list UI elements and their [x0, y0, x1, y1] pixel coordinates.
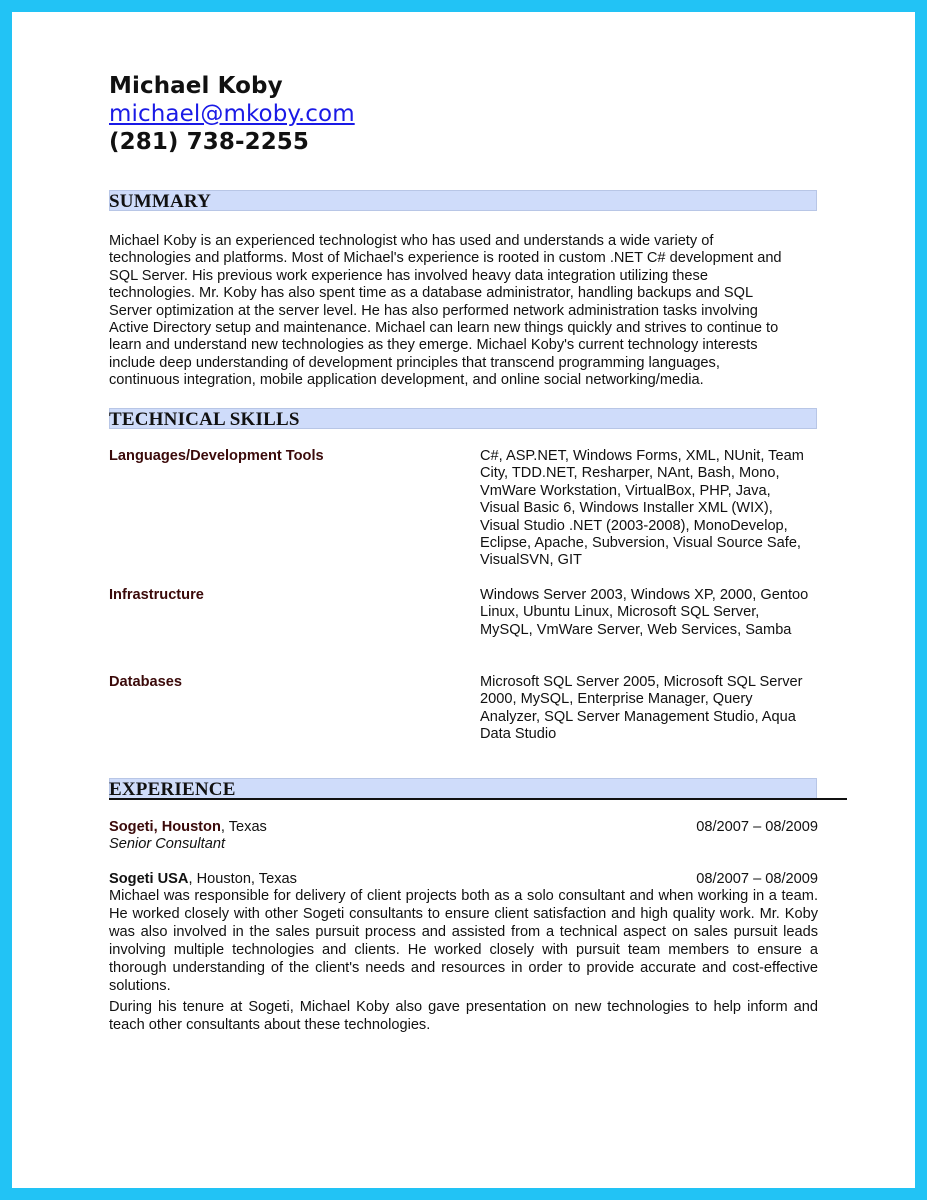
candidate-name: Michael Koby — [109, 72, 355, 100]
technical-skills-heading: TECHNICAL SKILLS — [109, 409, 300, 430]
summary-text: Michael Koby is an experienced technolog… — [109, 233, 829, 390]
skill-value-infrastructure: Windows Server 2003, Windows XP, 2000, G… — [480, 587, 840, 639]
experience-heading: EXPERIENCE — [109, 779, 236, 800]
job-1-location: , Texas — [221, 819, 267, 835]
skill-value-databases: Microsoft SQL Server 2005, Microsoft SQL… — [480, 674, 840, 744]
skill-value-languages: C#, ASP.NET, Windows Forms, XML, NUnit, … — [480, 448, 840, 570]
resume-page: Michael Koby michael@mkoby.com (281) 738… — [12, 12, 915, 1188]
contact-block: Michael Koby michael@mkoby.com (281) 738… — [109, 72, 355, 156]
experience-divider — [109, 798, 847, 800]
summary-heading: SUMMARY — [109, 191, 211, 212]
job-2-company: Sogeti USA — [109, 871, 188, 887]
skill-label-databases: Databases — [109, 674, 182, 691]
job-1-role: Senior Consultant — [109, 836, 818, 853]
job-2-location: , Houston, Texas — [188, 871, 296, 887]
summary-header-band — [109, 190, 817, 211]
job-2-description: Michael was responsible for delivery of … — [109, 888, 818, 1039]
phone-number: (281) 738-2255 — [109, 128, 355, 156]
job-1-header: Sogeti, Houston, Texas 08/2007 – 08/2009 — [109, 819, 818, 836]
job-2-dates: 08/2007 – 08/2009 — [696, 871, 818, 888]
job-2-header: Sogeti USA, Houston, Texas 08/2007 – 08/… — [109, 871, 818, 888]
email-link[interactable]: michael@mkoby.com — [109, 101, 355, 127]
summary-paragraph: Michael Koby is an experienced technolog… — [109, 233, 829, 390]
job-1-company: Sogeti, Houston — [109, 819, 221, 835]
job-2-paragraph-2: During his tenure at Sogeti, Michael Kob… — [109, 999, 818, 1035]
job-1-dates: 08/2007 – 08/2009 — [696, 819, 818, 836]
skill-label-languages: Languages/Development Tools — [109, 448, 324, 465]
job-2-paragraph-1: Michael was responsible for delivery of … — [109, 888, 818, 995]
skill-label-infrastructure: Infrastructure — [109, 587, 204, 604]
